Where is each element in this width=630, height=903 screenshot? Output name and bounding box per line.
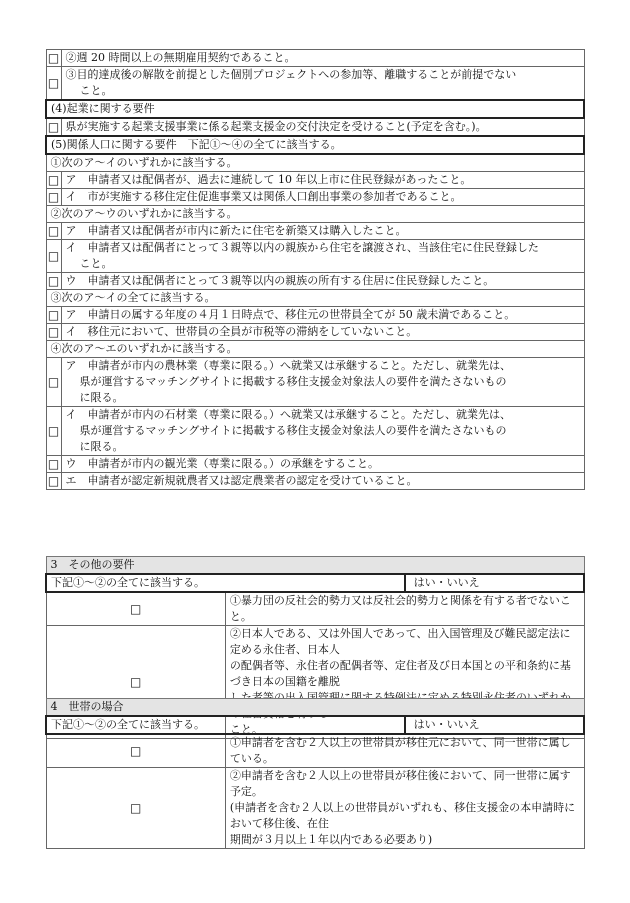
checkbox[interactable]: □: [46, 768, 225, 849]
text-line: 県が運営するマッチングサイトに掲載する移住支援金対象法人の要件を満たさないもの: [66, 423, 580, 439]
requirement-text: イ 申請者が市内の石材業（専業に限る。）へ就業又は承継すること。ただし、就業先は…: [61, 407, 584, 456]
requirement-text: イ 申請者又は配偶者にとって３親等以内の親族から住宅を譲渡され、当該住宅に住民登…: [61, 240, 584, 273]
checkbox[interactable]: □: [46, 223, 61, 240]
text-line: に限る。: [66, 390, 580, 406]
checklist-row: □ア 申請日の属する年度の４月１日時点で、移住元の世帯員全てが 50 歳未満であ…: [46, 307, 584, 324]
checklist-row: □イ 移住元において、世帯員の全員が市税等の滞納をしていないこと。: [46, 324, 584, 341]
checkbox[interactable]: □: [46, 67, 61, 101]
text-line: こと。: [66, 83, 580, 99]
text-line: に限る。: [66, 439, 580, 455]
text-line: イ 申請者又は配偶者にとって３親等以内の親族から住宅を譲渡され、当該住宅に住民登…: [66, 240, 580, 256]
checkbox[interactable]: □: [46, 456, 61, 473]
condition-row: 下記①～②の全てに該当する。 はい・いいえ: [46, 716, 584, 734]
requirement-text: ①申請者を含む２人以上の世帯員が移住元において、同一世帯に属している。: [225, 734, 584, 768]
text-line: ③目的達成後の解散を前提とした個別プロジェクトへの参加等、離職することが前提でな…: [66, 67, 580, 83]
requirement-text: エ 申請者が認定新規就農者又は認定農業者の認定を受けていること。: [61, 473, 584, 490]
text-line: こと。: [66, 256, 580, 272]
requirements-table-continued: □②週 20 時間以上の無期雇用契約であること。□③目的達成後の解散を前提とした…: [45, 49, 585, 490]
requirement-group-header: (4)起業に関する要件: [46, 100, 584, 118]
text-line: ②申請者を含む２人以上の世帯員が移住後において、同一世帯に属す予定。: [230, 768, 580, 800]
group-label: ③次のア～イの全てに該当する。: [46, 290, 584, 307]
group-label: (4)起業に関する要件: [46, 100, 584, 118]
text-line: ②日本人である、又は外国人であって、出入国管理及び難民認定法に定める永住者、日本…: [230, 626, 580, 658]
checklist-row: □②申請者を含む２人以上の世帯員が移住後において、同一世帯に属す予定。(申請者を…: [46, 768, 584, 849]
checkbox[interactable]: □: [46, 592, 225, 626]
checklist-row: □ウ 申請者が市内の観光業（専業に限る。）の承継をすること。: [46, 456, 584, 473]
group-label: ②次のア～ウのいずれかに該当する。: [46, 206, 584, 223]
requirement-text: ③目的達成後の解散を前提とした個別プロジェクトへの参加等、離職することが前提でな…: [61, 67, 584, 101]
group-label: (5)関係人口に関する要件 下記①～④の全てに該当する。: [46, 136, 584, 154]
requirement-text: ②週 20 時間以上の無期雇用契約であること。: [61, 50, 584, 67]
checkbox[interactable]: □: [46, 273, 61, 290]
condition-text: 下記①～②の全てに該当する。: [46, 574, 405, 592]
condition-text: 下記①～②の全てに該当する。: [46, 716, 405, 734]
section-header-row: 4 世帯の場合: [46, 699, 584, 717]
requirement-text: イ 移住元において、世帯員の全員が市税等の滞納をしていないこと。: [61, 324, 584, 341]
checklist-row: □イ 申請者が市内の石材業（専業に限る。）へ就業又は承継すること。ただし、就業先…: [46, 407, 584, 456]
checkbox[interactable]: □: [46, 118, 61, 136]
checkbox[interactable]: □: [46, 734, 225, 768]
checklist-row: □①申請者を含む２人以上の世帯員が移住元において、同一世帯に属している。: [46, 734, 584, 768]
checkbox[interactable]: □: [46, 407, 61, 456]
requirement-group-header: (5)関係人口に関する要件 下記①～④の全てに該当する。: [46, 136, 584, 154]
section-title: 4 世帯の場合: [46, 699, 584, 717]
checkbox[interactable]: □: [46, 240, 61, 273]
requirement-text: ア 申請者が市内の農林業（専業に限る。）へ就業又は承継すること。ただし、就業先は…: [61, 358, 584, 407]
checklist-row: □②週 20 時間以上の無期雇用契約であること。: [46, 50, 584, 67]
requirement-text: ウ 申請者又は配偶者にとって３親等以内の親族の所有する住居に住民登録したこと。: [61, 273, 584, 290]
requirement-text: ①暴力団の反社会的勢力又は反社会的勢力と関係を有する者でないこと。: [225, 592, 584, 626]
checkbox[interactable]: □: [46, 307, 61, 324]
checkbox[interactable]: □: [46, 324, 61, 341]
checkbox[interactable]: □: [46, 172, 61, 189]
checklist-row: □県が実施する起業支援事業に係る起業支援金の交付決定を受けること(予定を含む。)…: [46, 118, 584, 136]
text-line: ア 申請者が市内の農林業（専業に限る。）へ就業又は承継すること。ただし、就業先は…: [66, 358, 580, 374]
checkbox[interactable]: □: [46, 50, 61, 67]
checkbox[interactable]: □: [46, 189, 61, 206]
requirement-subgroup-header: ③次のア～イの全てに該当する。: [46, 290, 584, 307]
checklist-row: □ア 申請者又は配偶者が市内に新たに住宅を新築又は購入したこと。: [46, 223, 584, 240]
checkbox[interactable]: □: [46, 473, 61, 490]
section-header-row: 3 その他の要件: [46, 557, 584, 575]
requirement-text: ②申請者を含む２人以上の世帯員が移住後において、同一世帯に属す予定。(申請者を含…: [225, 768, 584, 849]
household-table: 4 世帯の場合 下記①～②の全てに該当する。 はい・いいえ □①申請者を含む２人…: [45, 698, 585, 849]
requirement-text: ア 申請者又は配偶者が、過去に連続して 10 年以上市に住民登録があったこと。: [61, 172, 584, 189]
requirement-text: 県が実施する起業支援事業に係る起業支援金の交付決定を受けること(予定を含む。)。: [61, 118, 584, 136]
requirement-subgroup-header: ②次のア～ウのいずれかに該当する。: [46, 206, 584, 223]
checklist-row: □ア 申請者が市内の農林業（専業に限る。）へ就業又は承継すること。ただし、就業先…: [46, 358, 584, 407]
requirement-subgroup-header: ①次のア～イのいずれかに該当する。: [46, 154, 584, 172]
yes-no-choice[interactable]: はい・いいえ: [405, 716, 584, 734]
requirement-text: ウ 申請者が市内の観光業（専業に限る。）の承継をすること。: [61, 456, 584, 473]
checklist-row: □ウ 申請者又は配偶者にとって３親等以内の親族の所有する住居に住民登録したこと。: [46, 273, 584, 290]
checklist-row: □ア 申請者又は配偶者が、過去に連続して 10 年以上市に住民登録があったこと。: [46, 172, 584, 189]
text-line: イ 申請者が市内の石材業（専業に限る。）へ就業又は承継すること。ただし、就業先は…: [66, 407, 580, 423]
yes-no-choice[interactable]: はい・いいえ: [405, 574, 584, 592]
checkbox[interactable]: □: [46, 358, 61, 407]
checklist-row: □エ 申請者が認定新規就農者又は認定農業者の認定を受けていること。: [46, 473, 584, 490]
text-line: の配偶者等、永住者の配偶者等、定住者及び日本国との平和条約に基づき日本の国籍を離…: [230, 658, 580, 690]
checklist-row: □③目的達成後の解散を前提とした個別プロジェクトへの参加等、離職することが前提で…: [46, 67, 584, 101]
requirement-text: ア 申請日の属する年度の４月１日時点で、移住元の世帯員全てが 50 歳未満である…: [61, 307, 584, 324]
requirement-text: ア 申請者又は配偶者が市内に新たに住宅を新築又は購入したこと。: [61, 223, 584, 240]
group-label: ④次のア～エのいずれかに該当する。: [46, 341, 584, 358]
text-line: (申請者を含む２人以上の世帯員がいずれも、移住支援金の本申請時において移住後、在…: [230, 800, 580, 832]
text-line: 県が運営するマッチングサイトに掲載する移住支援金対象法人の要件を満たさないもの: [66, 374, 580, 390]
requirement-subgroup-header: ④次のア～エのいずれかに該当する。: [46, 341, 584, 358]
section-title: 3 その他の要件: [46, 557, 584, 575]
requirement-text: イ 市が実施する移住定住促進事業又は関係人口創出事業の参加者であること。: [61, 189, 584, 206]
group-label: ①次のア～イのいずれかに該当する。: [46, 154, 584, 172]
checklist-row: □イ 申請者又は配偶者にとって３親等以内の親族から住宅を譲渡され、当該住宅に住民…: [46, 240, 584, 273]
text-line: 期間が３月以上１年以内である必要あり): [230, 832, 580, 848]
condition-row: 下記①～②の全てに該当する。 はい・いいえ: [46, 574, 584, 592]
checklist-row: □①暴力団の反社会的勢力又は反社会的勢力と関係を有する者でないこと。: [46, 592, 584, 626]
checklist-row: □イ 市が実施する移住定住促進事業又は関係人口創出事業の参加者であること。: [46, 189, 584, 206]
